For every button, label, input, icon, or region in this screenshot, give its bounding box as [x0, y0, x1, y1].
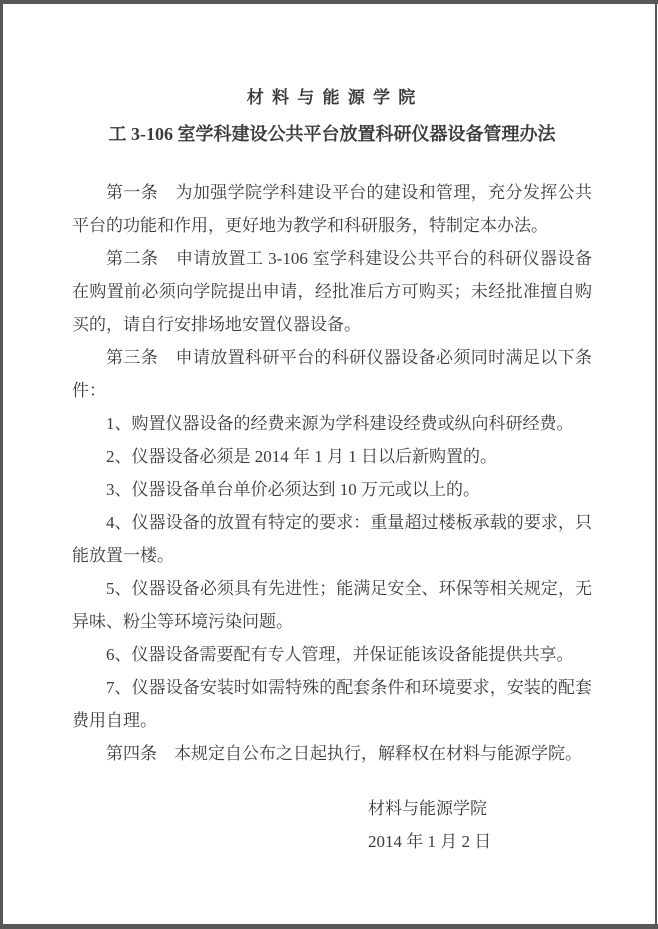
condition-item-3: 3、仪器设备单台单价必须达到 10 万元或以上的。 [72, 473, 592, 506]
article-3: 第三条 申请放置科研平台的科研仪器设备必须同时满足以下条件： [72, 341, 592, 407]
document-body: 第一条 为加强学院学科建设平台的建设和管理，充分发挥公共平台的功能和作用，更好地… [72, 176, 592, 770]
condition-item-1: 1、购置仪器设备的经费来源为学科建设经费或纵向科研经费。 [72, 407, 592, 440]
page-border-left [0, 0, 3, 929]
document-content: 材 料 与 能 源 学 院 工 3-106 室学科建设公共平台放置科研仪器设备管… [72, 0, 592, 858]
signature-block: 材料与能源学院 2014 年 1 月 2 日 [368, 792, 592, 858]
condition-item-4: 4、仪器设备的放置有特定的要求：重量超过楼板承载的要求，只能放置一楼。 [72, 506, 592, 572]
article-2: 第二条 申请放置工 3-106 室学科建设公共平台的科研仪器设备在购置前必须向学… [72, 242, 592, 341]
document-title: 材 料 与 能 源 学 院 [72, 88, 592, 108]
page-border-bottom [0, 924, 658, 929]
scanned-document-page: { "page": { "background": "#ffffff", "bo… [0, 0, 658, 929]
document-subtitle: 工 3-106 室学科建设公共平台放置科研仪器设备管理办法 [72, 122, 592, 146]
signature-date: 2014 年 1 月 2 日 [368, 825, 592, 858]
page-border-right [655, 4, 657, 929]
article-1: 第一条 为加强学院学科建设平台的建设和管理，充分发挥公共平台的功能和作用，更好地… [72, 176, 592, 242]
condition-item-7: 7、仪器设备安装时如需特殊的配套条件和环境要求，安装的配套费用自理。 [72, 671, 592, 737]
signature-org: 材料与能源学院 [368, 792, 592, 825]
condition-item-2: 2、仪器设备必须是 2014 年 1 月 1 日以后新购置的。 [72, 440, 592, 473]
article-4: 第四条 本规定自公布之日起执行，解释权在材料与能源学院。 [72, 737, 592, 770]
condition-item-5: 5、仪器设备必须具有先进性；能满足安全、环保等相关规定，无异味、粉尘等环境污染问… [72, 572, 592, 638]
condition-item-6: 6、仪器设备需要配有专人管理，并保证能该设备能提供共享。 [72, 638, 592, 671]
